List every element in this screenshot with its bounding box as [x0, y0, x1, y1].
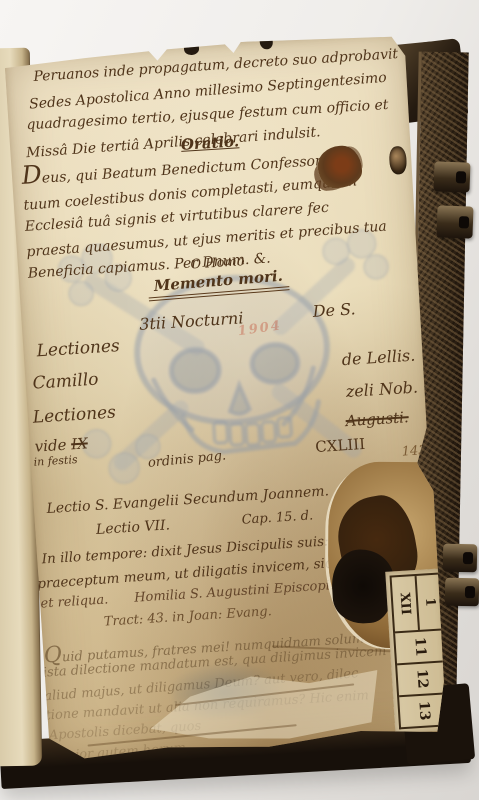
- manuscript-photo: Peruanos inde propagatum, decreto suo ad…: [0, 0, 479, 800]
- de-s-label: De S.: [312, 299, 356, 321]
- metal-stud: [389, 146, 408, 175]
- vide-struck-numeral: IX: [71, 434, 89, 453]
- page-number-roman: CXLIII: [315, 435, 366, 456]
- numeral-cell: XII: [392, 576, 418, 631]
- clasp-hole: [456, 171, 466, 183]
- metal-clasp: [445, 578, 479, 607]
- page-tear-notch: [259, 35, 273, 50]
- right-margin-note: zeli Nob.: [345, 378, 418, 401]
- et-reliqua-label: et reliqua.: [40, 592, 109, 611]
- metal-clasp: [433, 161, 470, 192]
- lectio-number: Lectio VII.: [96, 517, 171, 538]
- tractate-citation: Tract: 43. in Joan: Evang.: [103, 604, 272, 630]
- numeral-cell: 12: [397, 662, 447, 697]
- numeral-cell-pair: 1 XII: [389, 572, 445, 633]
- spacer: [109, 602, 135, 604]
- page-tear-notch: [184, 43, 200, 56]
- left-margin-note: Camillo: [32, 370, 99, 394]
- numeral-cell: 11: [395, 630, 445, 665]
- lectio-chapter: Cap. 15. d.: [241, 508, 313, 527]
- clasp-hole: [459, 216, 469, 229]
- clasp-hole: [463, 552, 473, 563]
- metal-clasp: [443, 544, 477, 573]
- clasp-hole: [465, 586, 475, 597]
- vide-label: vide: [34, 435, 72, 455]
- right-margin-note: de Lellis.: [341, 346, 416, 370]
- left-margin-note: vide IX: [34, 434, 88, 455]
- left-margin-note: in festis: [33, 453, 78, 469]
- metal-clasp: [436, 205, 473, 238]
- manuscript-page: Peruanos inde propagatum, decreto suo ad…: [4, 32, 450, 764]
